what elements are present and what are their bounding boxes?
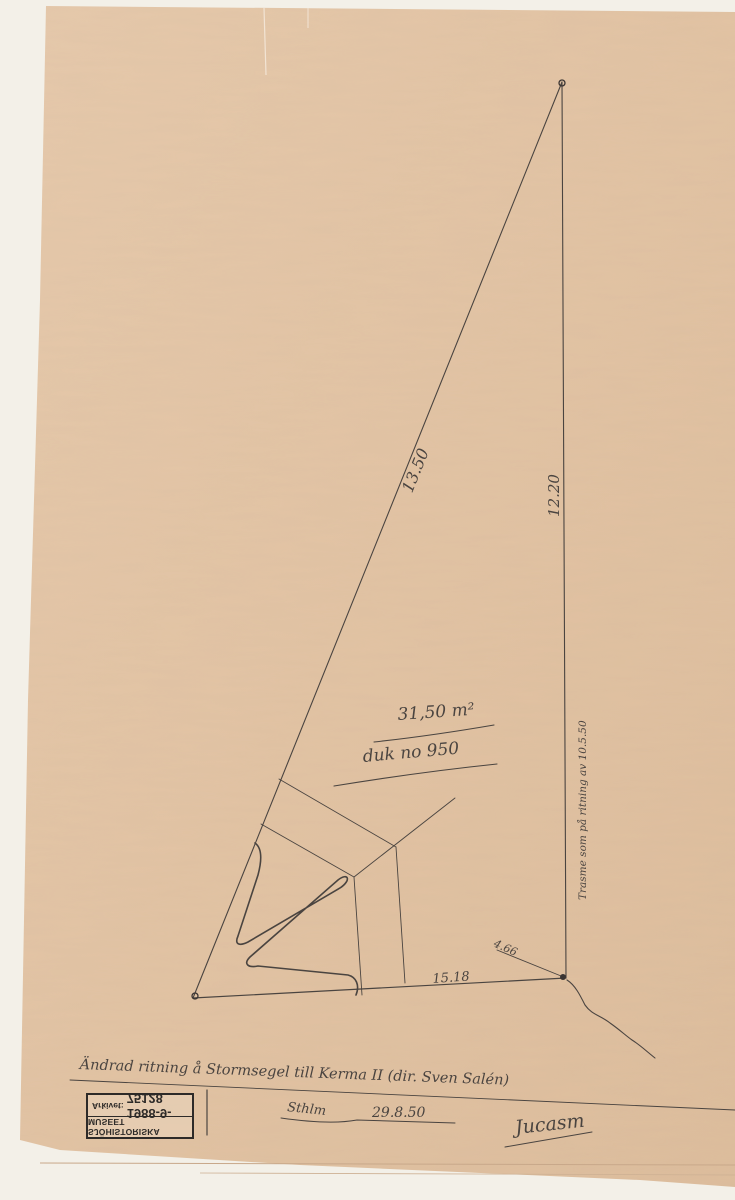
- stamp-archive-number: 1988-9-75128: [127, 1091, 192, 1121]
- luff-dimension-label: 12.20: [545, 474, 563, 517]
- archive-stamp: SJÖHISTORISKA MUSEET Arkivet: 1988-9-751…: [86, 1093, 194, 1139]
- caption-date: 29.8.50: [372, 1105, 425, 1121]
- scanned-sheet: 13.50 12.20 15.18 4.66 31,50 m² duk no 9…: [0, 0, 735, 1200]
- tack-grommet: [560, 974, 566, 980]
- side-note: Trasme som på ritning av 10.5.50: [577, 720, 589, 900]
- foot-dimension-label: 15.18: [432, 969, 470, 987]
- stamp-archive-label: Arkivet:: [92, 1101, 124, 1111]
- stamp-archive-row: Arkivet: 1988-9-75128: [88, 1096, 192, 1116]
- paper-and-drawing: [0, 0, 735, 1200]
